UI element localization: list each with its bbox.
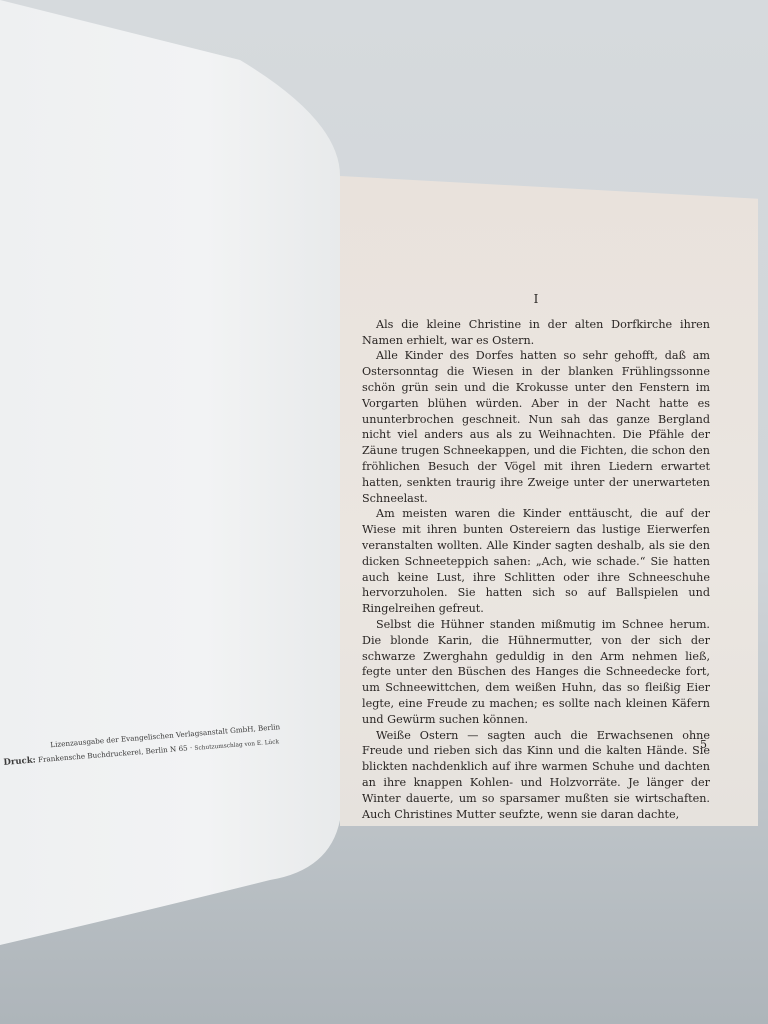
- paragraph: Am meisten waren die Kinder enttäuscht, …: [362, 506, 710, 617]
- paragraph: Alle Kinder des Dorfes hatten so sehr ge…: [362, 348, 710, 506]
- page-number: 5: [700, 738, 707, 751]
- paragraph: Selbst die Hühner standen mißmutig im Sc…: [362, 617, 710, 728]
- imprint-druck-label: Druck:: [3, 755, 36, 767]
- imprint-cover-credit: Schutzumschlag von E. Lück: [194, 739, 279, 752]
- paragraph: Als die kleine Christine in der alten Do…: [362, 317, 710, 349]
- page-text: I Als die kleine Christine in der alten …: [362, 292, 710, 822]
- paragraph: Weiße Ostern — sagten auch die Erwachsen…: [362, 728, 710, 823]
- chapter-number: I: [362, 292, 710, 308]
- left-page: [0, 0, 340, 950]
